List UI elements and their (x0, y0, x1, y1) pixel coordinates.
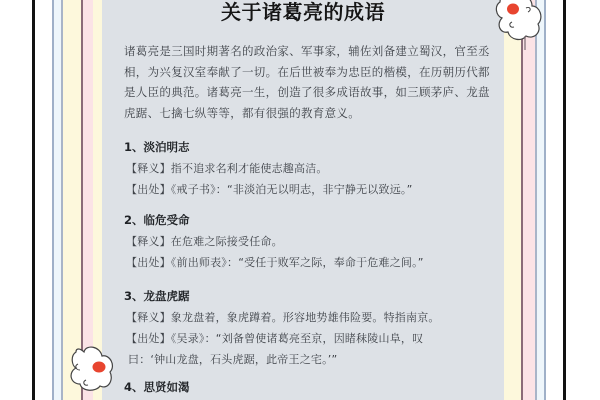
idiom-heading: 2、临危受命 (124, 210, 494, 231)
cloud-sticker-icon (492, 0, 542, 50)
border-pink-right (523, 0, 535, 400)
intro-paragraph: 诸葛亮是三国时期著名的政治家、军事家，辅佐刘备建立蜀汉，官至丞 相，为兴复汉室奉… (124, 41, 486, 123)
idiom-meaning: 【释义】在危难之际接受任命。 (124, 231, 494, 252)
idiom-section-2: 2、临危受命 【释义】在危难之际接受任命。 【出处】《前出师表》：“受任于败军之… (124, 210, 494, 273)
intro-line: 虎踞、七擒七纵等等，都有很强的教育意义。 (124, 103, 486, 124)
border-outer-line-right (563, 0, 566, 400)
page-title: 关于诸葛亮的成语 (102, 0, 504, 25)
idiom-heading: 4、思贤如渴 (124, 377, 494, 398)
border-blue-line-right-2 (544, 0, 546, 400)
idiom-heading: 3、龙盘虎踞 (124, 286, 494, 307)
cloud-sticker-icon (66, 344, 116, 394)
idiom-meaning: 【释义】指不追求名利才能使志趣高洁。 (124, 158, 494, 179)
border-light-blue-right (537, 0, 544, 400)
border-yellow-right (504, 0, 521, 400)
border-pink-left (83, 0, 93, 400)
idiom-section-4: 4、思贤如渴 (124, 377, 494, 398)
document-frame: 关于诸葛亮的成语 诸葛亮是三国时期著名的政治家、军事家，辅佐刘备建立蜀汉，官至丞… (0, 0, 600, 400)
intro-line: 诸葛亮是三国时期著名的政治家、军事家，辅佐刘备建立蜀汉，官至丞 (124, 41, 486, 62)
intro-line: 是人臣的典范。诸葛亮一生，创造了很多成语故事，如三顾茅庐、龙盘 (124, 82, 486, 103)
border-yellow-left-2 (93, 0, 102, 400)
idiom-source: 【出处】《前出师表》：“受任于败军之际，奉命于危难之间。” (124, 252, 494, 273)
idiom-source: 【出处】《吴录》：“刘备曾使诸葛亮至京，因睹秣陵山阜，叹 (124, 328, 494, 349)
border-light-blue-left (54, 0, 61, 400)
intro-line: 相，为兴复汉室奉献了一切。在后世被奉为忠臣的楷模，在历朝历代都 (124, 62, 486, 83)
border-yellow-left (63, 0, 81, 400)
idiom-heading: 1、淡泊明志 (124, 137, 494, 158)
document-page: 关于诸葛亮的成语 诸葛亮是三国时期著名的政治家、军事家，辅佐刘备建立蜀汉，官至丞… (102, 0, 504, 400)
idiom-meaning: 【释义】象龙盘着，象虎蹲着。形容地势雄伟险要。特指南京。 (124, 307, 494, 328)
idiom-section-3: 3、龙盘虎踞 【释义】象龙盘着，象虎蹲着。形容地势雄伟险要。特指南京。 【出处】… (124, 286, 494, 370)
border-outer-line-left (32, 0, 35, 400)
idiom-section-1: 1、淡泊明志 【释义】指不追求名利才能使志趣高洁。 【出处】《戒子书》：“非淡泊… (124, 137, 494, 200)
idiom-source-continued: 曰：‘钟山龙盘，石头虎踞，此帝王之宅。’” (124, 349, 494, 370)
idiom-source: 【出处】《戒子书》：“非淡泊无以明志，非宁静无以致远。” (124, 179, 494, 200)
